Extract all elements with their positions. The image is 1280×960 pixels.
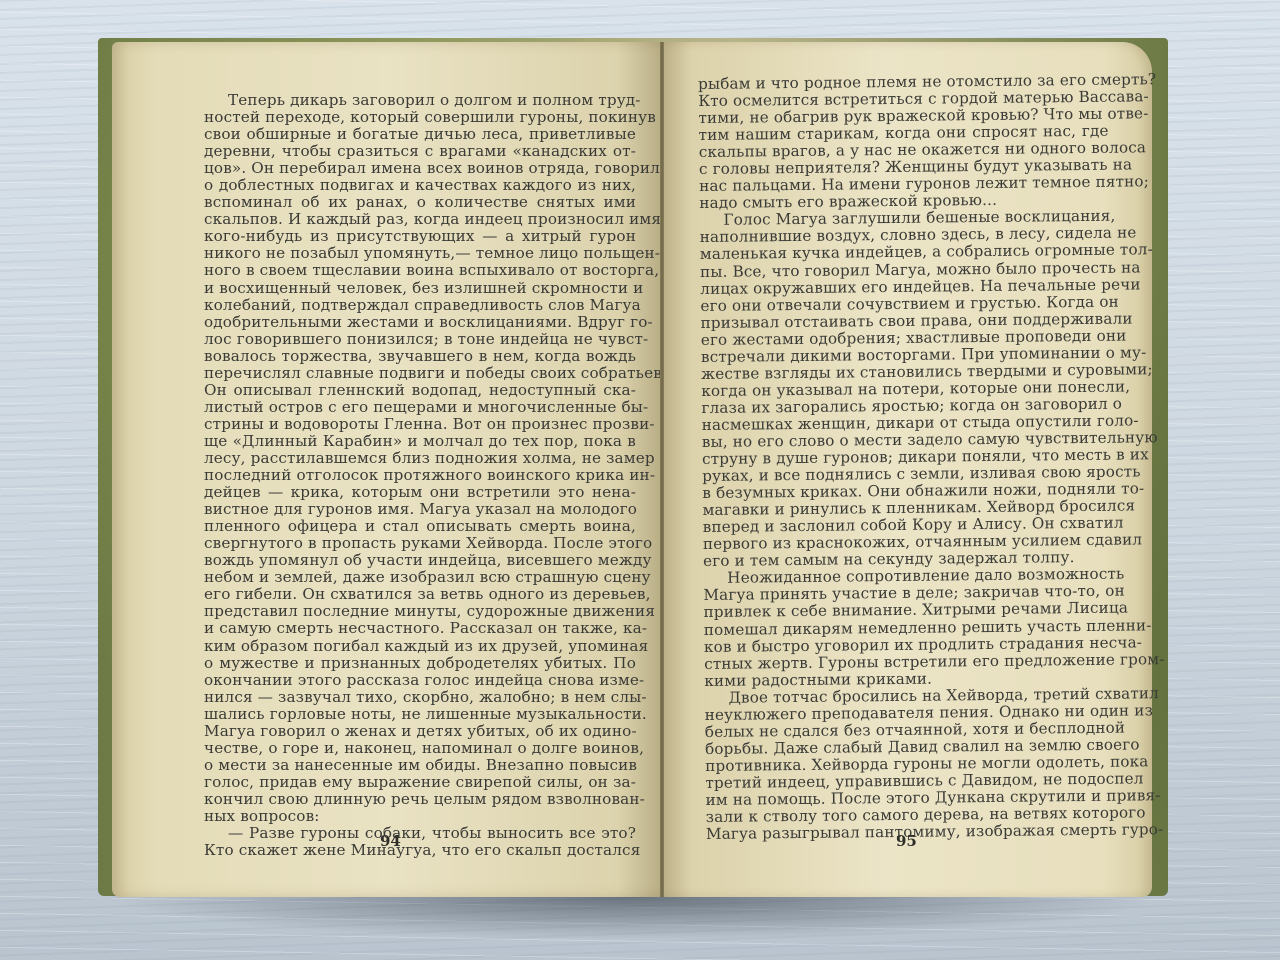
text-line: листый остров с его пещерами и многочисл… — [204, 399, 636, 416]
text-line: небом и землей, даже изобразил всю страш… — [204, 569, 636, 586]
text-line: скальпов. И каждый раз, когда индеец про… — [204, 211, 636, 228]
text-line: Магуа говорил о женах и детях убитых, об… — [204, 723, 636, 740]
right-page-text: рыбам и что родное племя не отомстило за… — [698, 72, 1116, 843]
text-line: стрины и водовороты Гленна. Вот он произ… — [204, 416, 636, 433]
text-line: нился — зазвучал тихо, скорбно, жалобно;… — [204, 689, 636, 706]
text-line: шались горловые ноты, не лишенные музыка… — [204, 706, 636, 723]
left-page: Теперь дикарь заговорил о долгом и полно… — [112, 42, 662, 897]
text-line: цов». Он перебирал имена всех воинов отр… — [204, 160, 636, 177]
text-line: ще «Длинный Карабин» и молчал до тех пор… — [204, 433, 636, 450]
right-page-number: 95 — [896, 832, 917, 850]
text-line: ностей переходе, который совершили гурон… — [204, 109, 636, 126]
text-line: представил последние минуты, судорожные … — [204, 603, 636, 620]
text-line: честве, о горе и, наконец, напоминал о д… — [204, 740, 636, 757]
left-page-number: 94 — [380, 832, 401, 850]
text-line: последний отголосок протяжного воинского… — [204, 467, 636, 484]
text-line: о мужестве и признанных добродетелях уби… — [204, 655, 636, 672]
text-line: кончил свою длинную речь целым рядом взв… — [204, 791, 636, 808]
text-line: никого не позабыл упомянуть,— темное лиц… — [204, 245, 636, 262]
text-line: окончании этого рассказа голос индейца с… — [204, 672, 636, 689]
text-line: Кто скажет жене Минаугуа, что его скальп… — [204, 842, 636, 859]
text-line: — Разве гуроны собаки, чтобы выносить вс… — [204, 825, 636, 842]
text-line: ных вопросов: — [204, 808, 636, 825]
book-spine — [660, 42, 664, 897]
text-line: дейцев — крика, которым они встретили эт… — [204, 484, 636, 501]
text-line: кого-нибудь из присутствующих — а хитрый… — [204, 228, 636, 245]
text-line: голос, придав ему выражение свирепой сил… — [204, 774, 636, 791]
text-line: колебаний, подтверждал справедливость сл… — [204, 297, 636, 314]
text-line: и самую смерть несчастного. Рассказал он… — [204, 620, 636, 637]
text-line: ного в своем тщеславии воина вспыхивало … — [204, 262, 636, 279]
text-line: о мести за нанесенные им обиды. Внезапно… — [204, 757, 636, 774]
text-line: вовалось торжества, звучавшего в нем, ко… — [204, 348, 636, 365]
text-line: перечислял славные подвиги и победы свои… — [204, 365, 636, 382]
text-line: лос говорившего понизился; в тоне индейц… — [204, 331, 636, 348]
text-line: и восхищенный человек, без излишней скро… — [204, 280, 636, 297]
left-page-text: Теперь дикарь заговорил о долгом и полно… — [204, 92, 636, 859]
text-line: свои обширные и богатые дичью леса, прив… — [204, 126, 636, 143]
text-line: вождь упомянул об участи индейца, висевш… — [204, 552, 636, 569]
text-line: вспоминал об их ранах, о количестве снят… — [204, 194, 636, 211]
open-book: Теперь дикарь заговорил о долгом и полно… — [112, 42, 1152, 897]
text-line: ким образом погибал каждый из их друзей,… — [204, 638, 636, 655]
text-line: вистное для гуронов имя. Магуа указал на… — [204, 501, 636, 518]
text-line: Он описывал гленнский водопад, недоступн… — [204, 382, 636, 399]
text-line: одобрительными жестами и восклицаниями. … — [204, 314, 636, 331]
right-page: рыбам и что родное племя не отомстило за… — [662, 42, 1152, 897]
text-line: пленного офицера и стал описывать смерть… — [204, 518, 636, 535]
text-line: его гибели. Он схватился за ветвь одного… — [204, 586, 636, 603]
text-line: о доблестных подвигах и качествах каждог… — [204, 177, 636, 194]
text-line: Теперь дикарь заговорил о долгом и полно… — [204, 92, 636, 109]
text-line: свергнутого в пропасть руками Хейворда. … — [204, 535, 636, 552]
text-line: лесу, расстилавшемся близ подножия холма… — [204, 450, 636, 467]
text-line: деревни, чтобы сразиться с врагами «кана… — [204, 143, 636, 160]
